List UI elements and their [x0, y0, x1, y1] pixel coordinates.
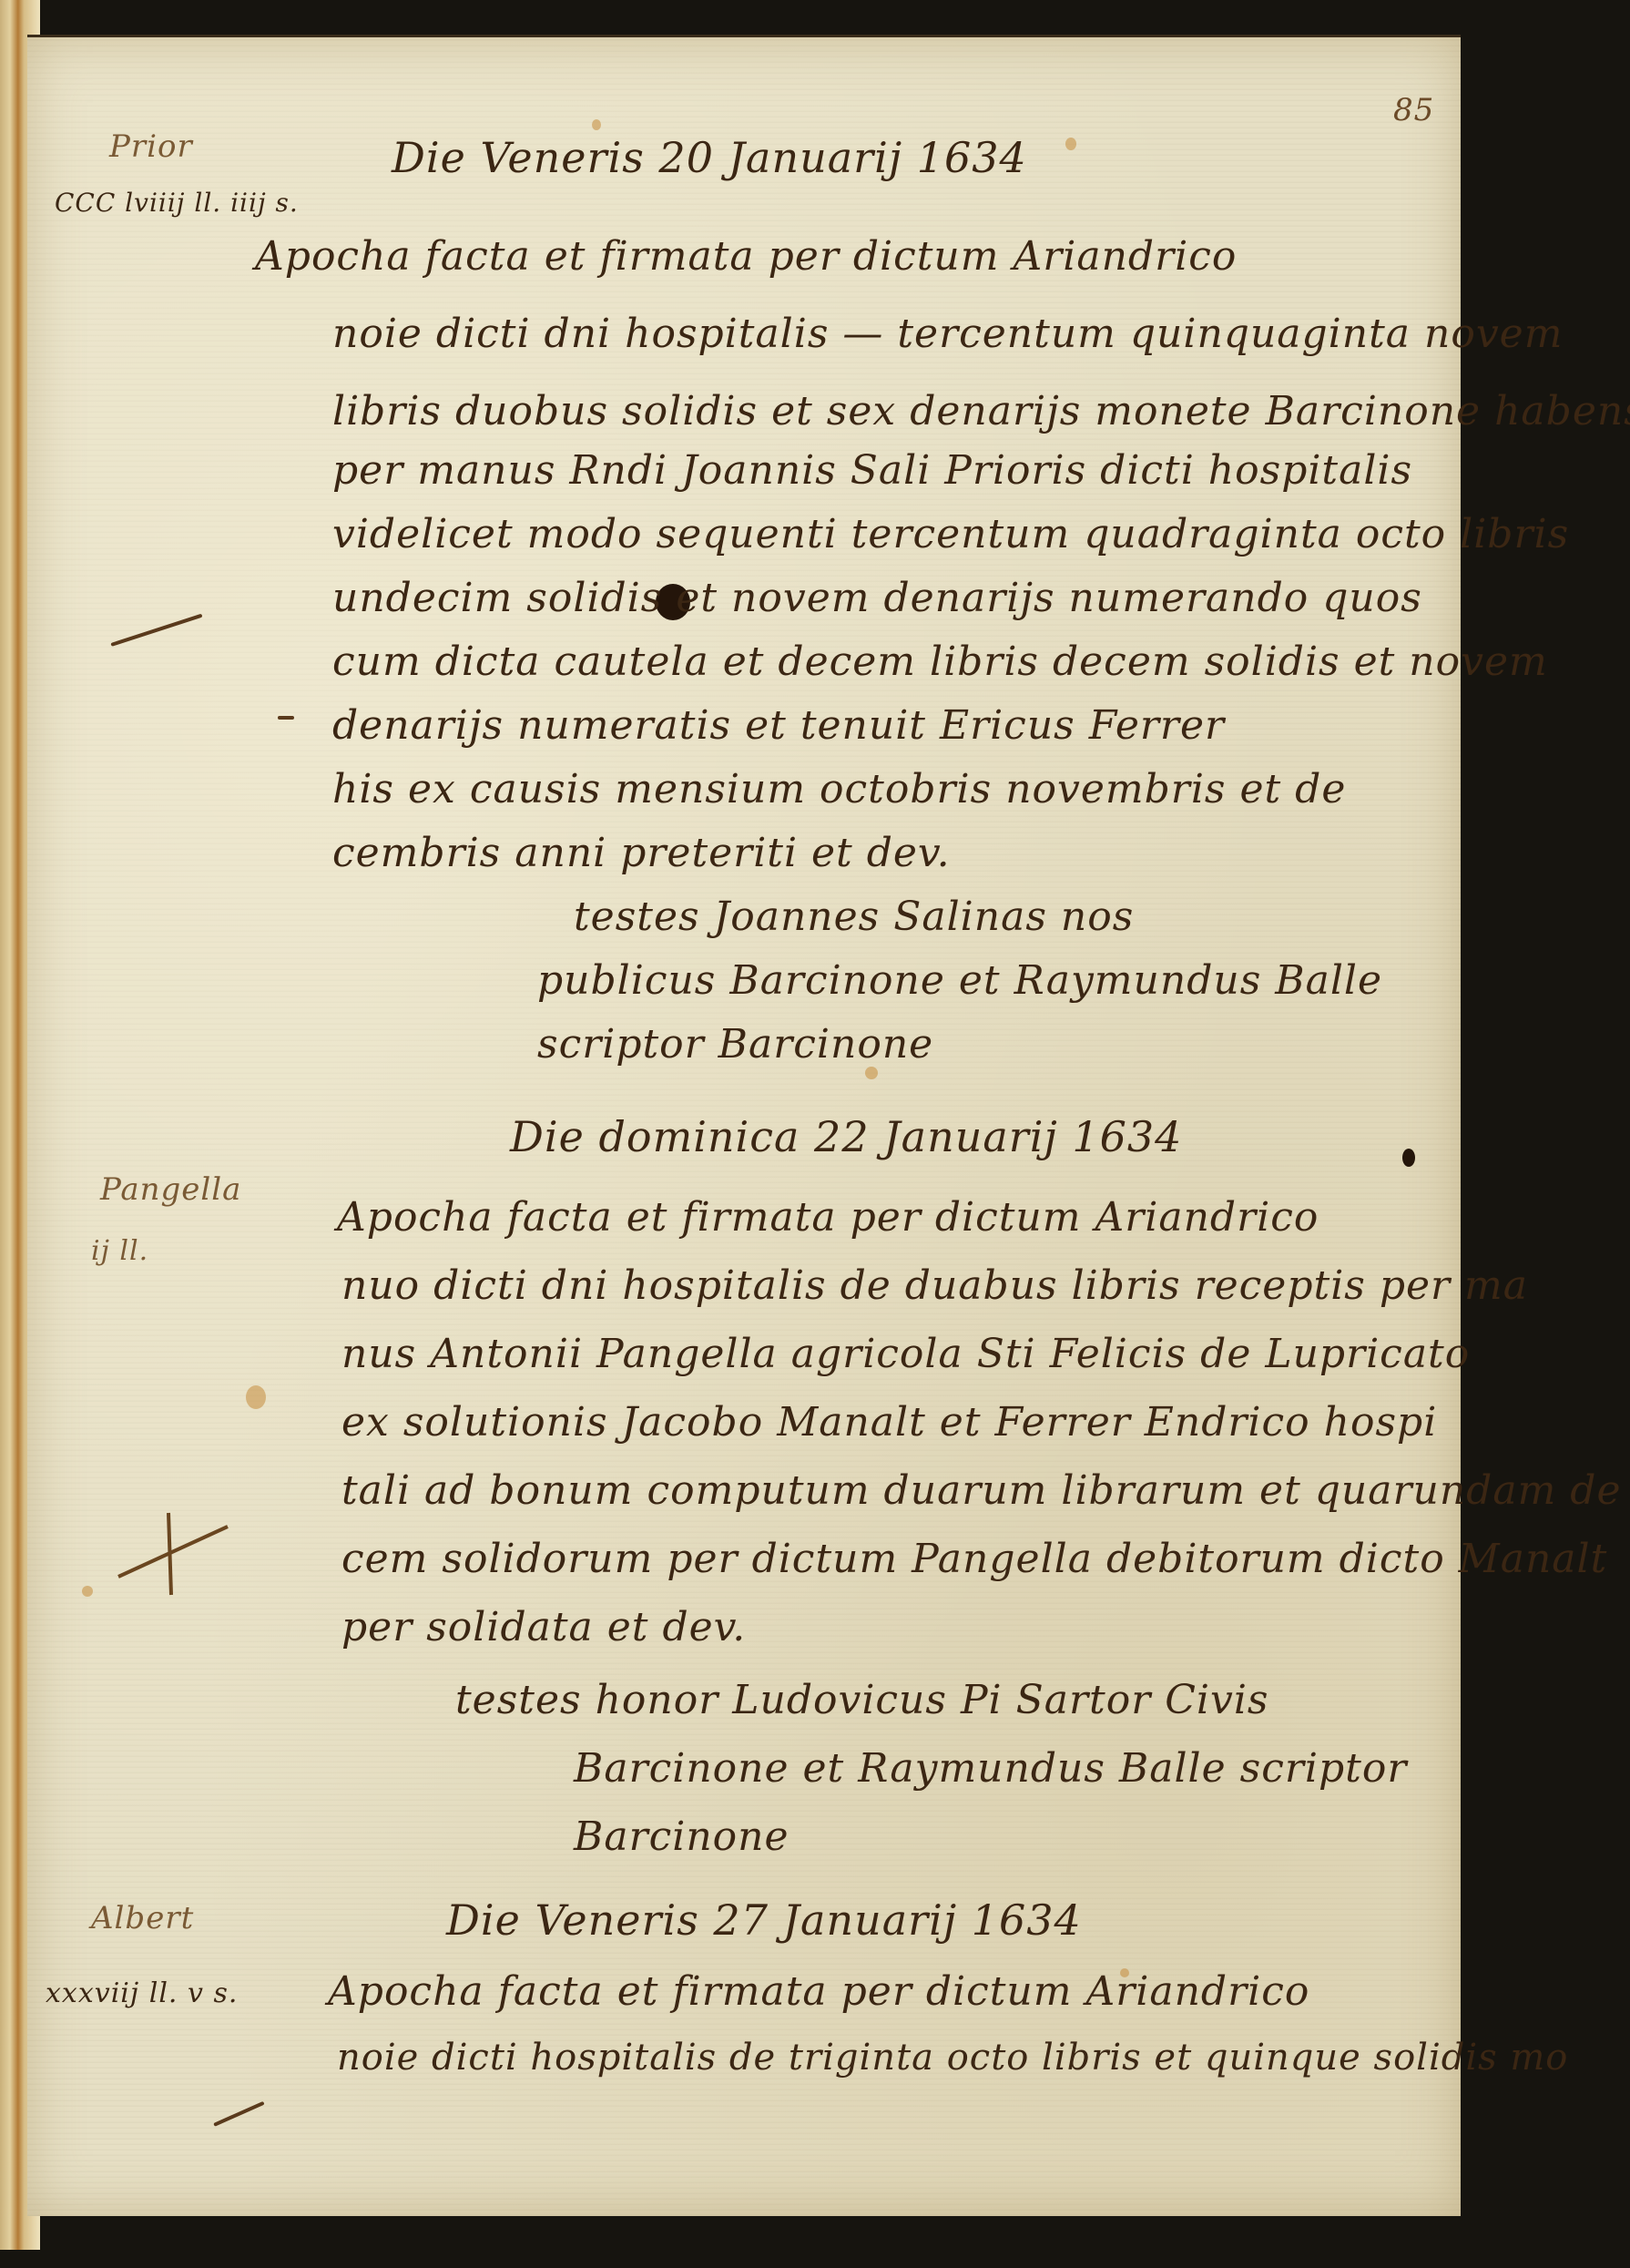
margin-cross-mark: [109, 1504, 246, 1604]
margin-note-albert: Albert: [91, 1900, 194, 1936]
entry-1-line: cum dicta cautela et decem libris decem …: [332, 639, 1548, 685]
entry-1-line: per manus Rndi Joannis Sali Prioris dict…: [332, 447, 1412, 494]
entry-2-line: cem solidorum per dictum Pangella debito…: [341, 1536, 1607, 1582]
manuscript-scan: 85 Prior CCC lviiij ll. iiij s. Pangella…: [0, 0, 1630, 2268]
entry-3-line: noie dicti hospitalis de triginta octo l…: [337, 2037, 1568, 2079]
entry-2-heading: Die dominica 22 Januarij 1634: [510, 1112, 1182, 1161]
entry-1-line: Apocha facta et firmata per dictum Arian…: [255, 233, 1237, 280]
entry-2-witness: Barcinone: [574, 1813, 790, 1860]
entry-1-line: noie dicti dni hospitalis — tercentum qu…: [332, 311, 1563, 357]
margin-note-amount-3: xxxviij ll. v s.: [46, 1977, 238, 2009]
margin-note-amount-2: ij ll.: [91, 1235, 148, 1267]
margin-dash-mark: [278, 716, 294, 720]
entry-1-witness: testes Joannes Salinas nos: [574, 894, 1134, 940]
entry-1-line: denarijs numeratis et tenuit Ericus Ferr…: [332, 702, 1225, 749]
entry-1-heading: Die Veneris 20 Januarij 1634: [392, 133, 1027, 182]
margin-slash-mark: [110, 614, 202, 647]
entry-2-witness: Barcinone et Raymundus Balle scriptor: [574, 1745, 1407, 1792]
entry-1-line: cembris anni preteriti et dev.: [332, 830, 951, 876]
entry-1-line: his ex causis mensium octobris novembris…: [332, 766, 1346, 812]
margin-slash-mark-2: [213, 2101, 264, 2127]
margin-note-prior: Prior: [109, 128, 193, 165]
entry-2-line: Apocha facta et firmata per dictum Arian…: [337, 1194, 1319, 1241]
entry-2-witness: testes honor Ludovicus Pi Sartor Civis: [455, 1677, 1268, 1723]
entry-1-line: undecim solidis et novem denarijs numera…: [332, 575, 1422, 621]
entry-2-line: ex solutionis Jacobo Manalt et Ferrer En…: [341, 1399, 1437, 1446]
margin-note-pangella: Pangella: [100, 1171, 241, 1208]
entry-2-line: nuo dicti dni hospitalis de duabus libri…: [341, 1262, 1528, 1309]
entry-1-line: videlicet modo sequenti tercentum quadra…: [332, 511, 1569, 557]
ink-blot-2: [1402, 1149, 1415, 1167]
entry-1-witness: publicus Barcinone et Raymundus Balle: [537, 957, 1382, 1004]
entry-2-line: per solidata et dev.: [341, 1604, 746, 1650]
folio-number: 85: [1393, 92, 1434, 128]
entry-3-heading: Die Veneris 27 Januarij 1634: [446, 1895, 1082, 1945]
entry-2-line: nus Antonii Pangella agricola Sti Felici…: [341, 1331, 1470, 1377]
entry-1-witness: scriptor Barcinone: [537, 1021, 933, 1068]
margin-note-amount: CCC lviiij ll. iiij s.: [55, 188, 299, 218]
manuscript-page: 85 Prior CCC lviiij ll. iiij s. Pangella…: [27, 35, 1461, 2216]
entry-1-line: libris duobus solidis et sex denarijs mo…: [332, 388, 1630, 434]
entry-3-line: Apocha facta et firmata per dictum Arian…: [328, 1968, 1309, 2015]
entry-2-line: tali ad bonum computum duarum librarum e…: [341, 1467, 1622, 1514]
